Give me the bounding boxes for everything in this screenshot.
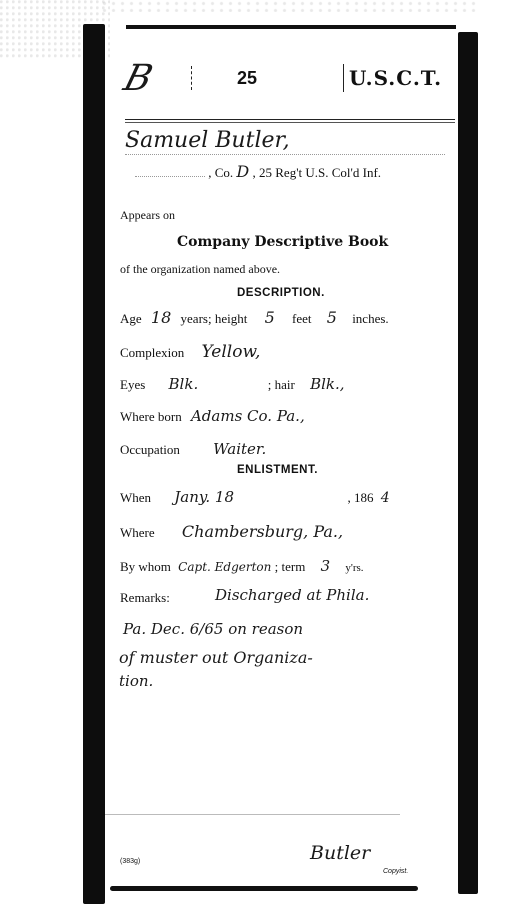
hair-value: Blk.,: [310, 375, 344, 393]
by-whom-label: By whom: [120, 559, 171, 574]
term-label: ; term: [275, 559, 306, 574]
organization-line: of the organization named above.: [120, 262, 280, 277]
description-heading: DESCRIPTION.: [237, 287, 325, 299]
company-letter: B: [120, 58, 157, 99]
enlistment-heading: ENLISTMENT.: [237, 464, 318, 476]
copyist-signature: Butler: [310, 842, 370, 864]
header-divider: [191, 66, 193, 90]
appears-on: Appears on: [120, 208, 175, 223]
hair-label: ; hair: [268, 377, 295, 392]
eyes-hair-row: Eyes Blk. ; hair Blk.,: [120, 375, 450, 393]
by-whom-value: Capt. Edgerton: [178, 560, 271, 574]
years-label: years; height: [181, 311, 248, 326]
unit-name: U.S.C.T.: [349, 66, 442, 90]
remarks-line-2: Pa. Dec. 6/65 on reason: [123, 620, 303, 638]
where-born-row: Where born Adams Co. Pa.,: [120, 407, 305, 425]
right-border-bar: [458, 32, 478, 894]
scan-speckle-top: [100, 0, 480, 12]
top-rule: [126, 25, 456, 29]
occupation-label: Occupation: [120, 442, 180, 457]
feet-label: feet: [292, 311, 311, 326]
company-suffix: , 25 Reg't U.S. Col'd Inf.: [253, 165, 382, 180]
where-born-label: Where born: [120, 409, 182, 424]
occupation-value: Waiter.: [213, 440, 266, 458]
where-born-value: Adams Co. Pa.,: [191, 407, 305, 425]
copyist-label: Copyist.: [383, 868, 408, 875]
when-row: When Jany. 18 , 186 4: [120, 488, 450, 506]
complexion-value: Yellow,: [202, 342, 261, 362]
height-feet: 5: [265, 308, 275, 327]
header-separator: [343, 64, 344, 92]
remarks-label: Remarks:: [120, 590, 170, 606]
name-blank: [135, 176, 205, 177]
company-prefix: , Co.: [208, 165, 233, 180]
company-line: , Co. D , 25 Reg't U.S. Col'd Inf.: [135, 162, 455, 181]
complexion-row: Complexion Yellow,: [120, 342, 260, 362]
by-whom-row: By whom Capt. Edgerton ; term 3 y'rs.: [120, 557, 450, 575]
left-border-bar: [83, 24, 105, 904]
regiment-number: 25: [237, 68, 257, 89]
age-value: 18: [151, 308, 171, 327]
footer-rule: [105, 814, 400, 815]
when-value: Jany. 18: [174, 488, 344, 506]
header-rule: [125, 119, 455, 120]
header-rule-2: [125, 122, 455, 123]
company-value: D: [236, 162, 249, 181]
inches-label: inches.: [352, 311, 388, 326]
age-label: Age: [120, 311, 142, 326]
remarks-line-4: tion.: [119, 672, 153, 690]
where-row: Where Chambersburg, Pa.,: [120, 522, 343, 541]
height-inches: 5: [327, 308, 337, 327]
card-header: B 25 U.S.C.T.: [125, 58, 455, 98]
bottom-rule: [110, 886, 418, 891]
eyes-label: Eyes: [120, 377, 145, 392]
term-value: 3: [321, 557, 331, 575]
term-unit: y'rs.: [345, 562, 363, 574]
where-value: Chambersburg, Pa.,: [182, 522, 343, 541]
remarks-line-3: of muster out Organiza-: [119, 648, 313, 667]
form-number: (383g): [120, 858, 140, 865]
year-prefix: , 186: [348, 490, 374, 505]
where-label: Where: [120, 525, 155, 540]
service-record-card: B 25 U.S.C.T. Samuel Butler, , Co. D , 2…: [105, 30, 458, 885]
book-title: Company Descriptive Book: [177, 234, 388, 250]
age-height-row: Age 18 years; height 5 feet 5 inches.: [120, 308, 460, 327]
when-label: When: [120, 490, 151, 505]
remarks-line-1: Discharged at Phila.: [215, 586, 369, 604]
complexion-label: Complexion: [120, 345, 184, 360]
eyes-value: Blk.: [169, 375, 265, 393]
soldier-name: Samuel Butler,: [125, 128, 445, 155]
occupation-row: Occupation Waiter.: [120, 440, 266, 458]
year-suffix: 4: [381, 490, 390, 506]
